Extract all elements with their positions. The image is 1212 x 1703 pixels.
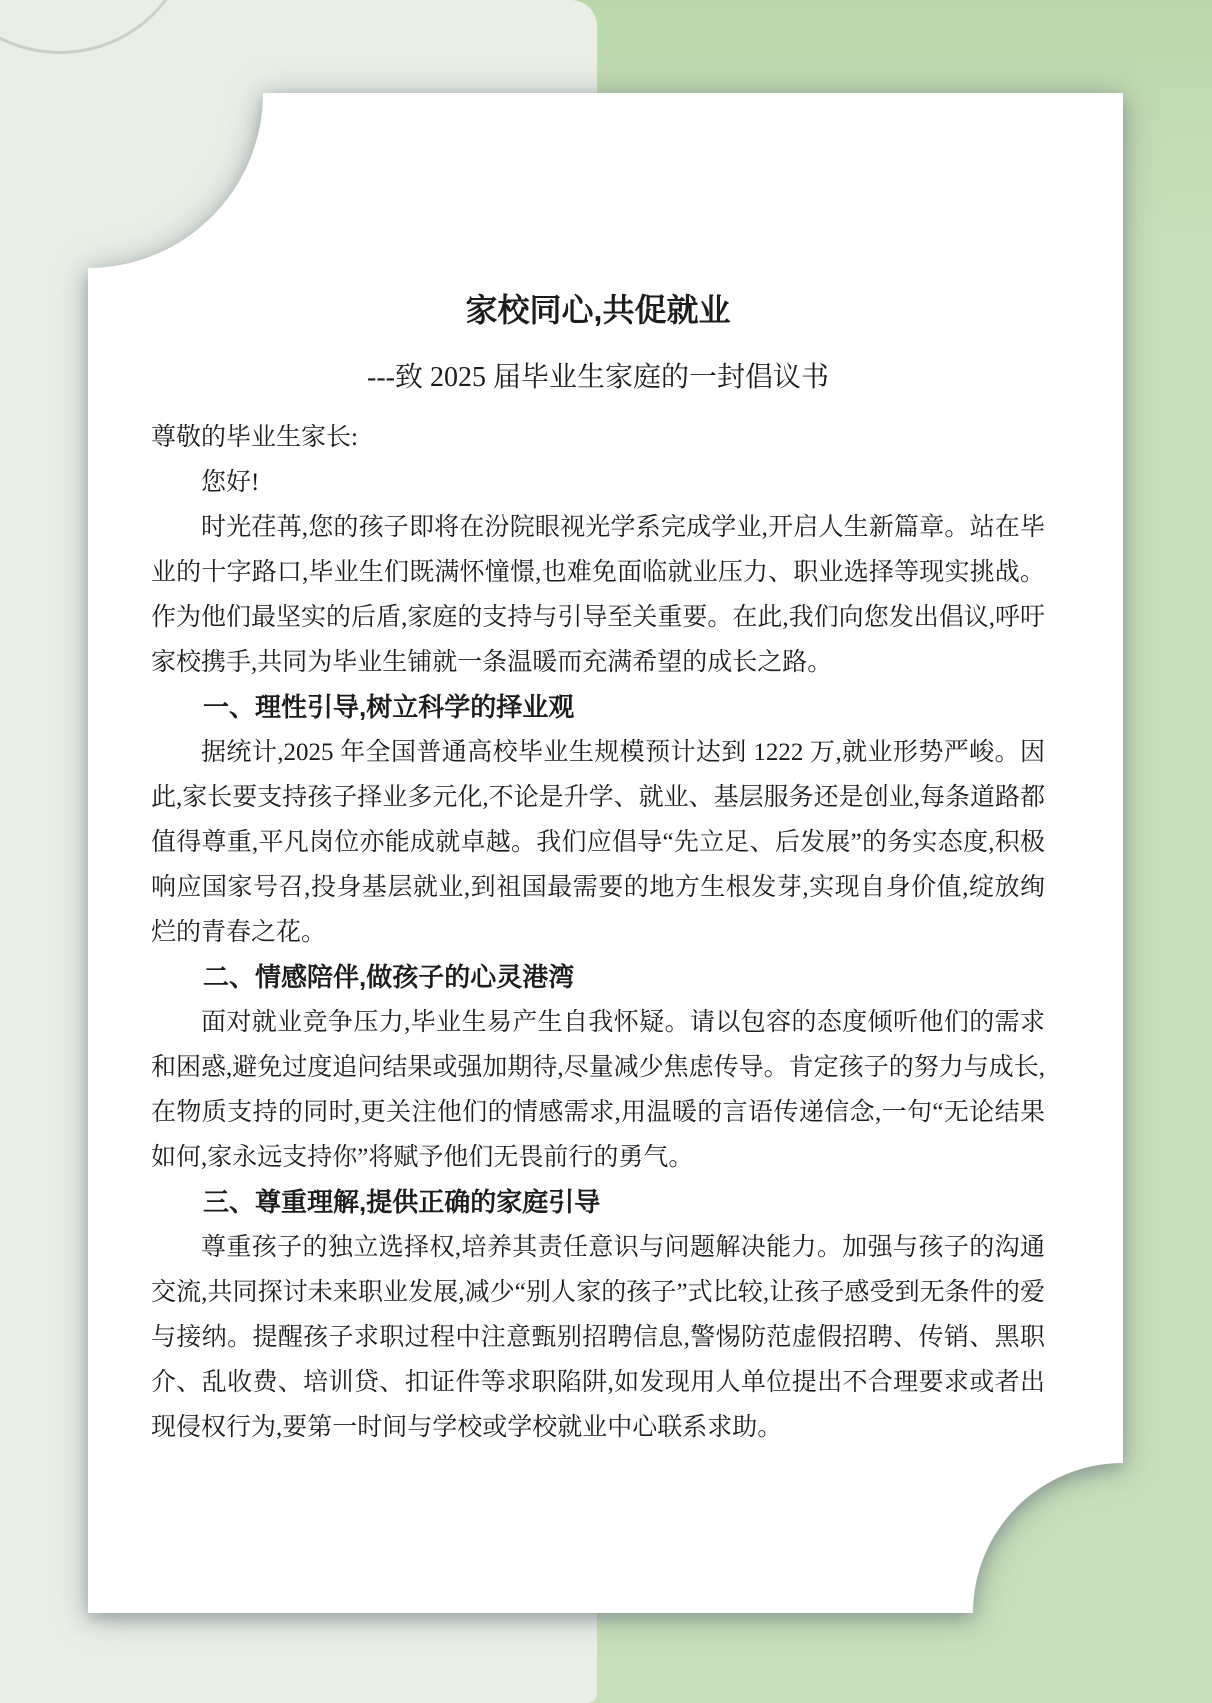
paragraph-section-3: 尊重孩子的独立选择权,培养其责任意识与问题解决能力。加强与孩子的沟通交流,共同探… xyxy=(151,1225,1045,1450)
paragraph-section-1: 据统计,2025 年全国普通高校毕业生规模预计达到 1222 万,就业形势严峻。… xyxy=(151,730,1045,955)
paragraph-section-2: 面对就业竞争压力,毕业生易产生自我怀疑。请以包容的态度倾听他们的需求和困惑,避免… xyxy=(151,1000,1045,1180)
letter-paper: 家校同心,共促就业 ---致 2025 届毕业生家庭的一封倡议书 尊敬的毕业生家… xyxy=(88,93,1123,1613)
section-heading-1: 一、理性引导,树立科学的择业观 xyxy=(151,685,1045,730)
letter-content: 家校同心,共促就业 ---致 2025 届毕业生家庭的一封倡议书 尊敬的毕业生家… xyxy=(88,93,1123,1613)
document-subtitle: ---致 2025 届毕业生家庭的一封倡议书 xyxy=(151,358,1045,398)
paper-sheet: 家校同心,共促就业 ---致 2025 届毕业生家庭的一封倡议书 尊敬的毕业生家… xyxy=(88,93,1123,1613)
greeting: 您好! xyxy=(151,460,1045,505)
document-title: 家校同心,共促就业 xyxy=(151,290,1045,330)
paragraph-intro: 时光荏苒,您的孩子即将在汾院眼视光学系完成学业,开启人生新篇章。站在毕业的十字路… xyxy=(151,505,1045,685)
section-heading-2: 二、情感陪伴,做孩子的心灵港湾 xyxy=(151,955,1045,1000)
salutation: 尊敬的毕业生家长: xyxy=(151,415,1045,460)
section-heading-3: 三、尊重理解,提供正确的家庭引导 xyxy=(151,1180,1045,1225)
page-background: { "palette": { "background_green_top": "… xyxy=(0,0,1212,1703)
